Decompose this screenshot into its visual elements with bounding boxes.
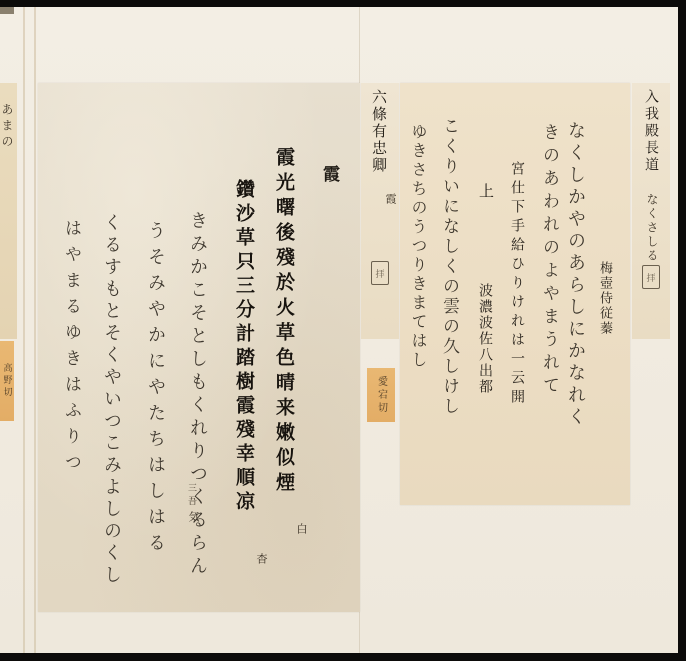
album-crease-line (23, 7, 25, 653)
left-fragment-sheet: あまの (0, 83, 17, 339)
calligraphy-column: 霞光曙後殘於火草色晴来嫩似煙 (274, 147, 293, 497)
calligraphy-column: きのあわれのよやまうれて (540, 123, 557, 399)
left-attribution-label: 高野切 (0, 341, 14, 421)
frame-edge (0, 7, 14, 14)
annotation: 気 (188, 511, 199, 526)
calligraphy-column: はやまるゆきはふりつ (62, 219, 79, 479)
calligraphy-column: くるすもとそくやいつこみよしのくし (102, 213, 120, 587)
attribution-name: 入我殿長道 (644, 89, 658, 174)
right-calligraphy-sheet: 梅壺侍従蓁 なくしかやのあらしにかなれく きのあわれのよやまうれて 宮仕下手給ひ… (400, 83, 630, 505)
attribution-label: 愛宕切 (367, 368, 395, 422)
calligraphy-column: 波濃波佐八出都 (478, 283, 492, 395)
annotation: 三吾 (186, 483, 195, 509)
album-crease-line (34, 7, 36, 653)
attribution-sub: なくさしる (646, 193, 658, 263)
annotation: 白 (296, 523, 307, 538)
seal-stamp: 拝 (371, 261, 389, 285)
calligraphy-column: 宮仕下手給ひりけれは一云開 (510, 161, 524, 408)
poem-author: 梅壺侍従蓁 (598, 261, 611, 336)
calligraphy-column: 鑽沙草只三分計踏樹霞殘幸順凉 (234, 179, 253, 515)
seal-stamp: 拝 (642, 265, 660, 289)
poem-title: 霞 (320, 165, 337, 182)
left-fragment-text: あまの (1, 103, 13, 151)
attribution-strip: 六條有忠卿 霞 拝 (361, 83, 399, 339)
calligraphy-column: なくしかやのあらしにかなれく (566, 121, 584, 429)
calligraphy-column: ゆきさちのうつりきまてはし (410, 123, 426, 370)
annotation: 杳 (256, 553, 267, 568)
attribution-strip: 入我殿長道 なくさしる 拝 (632, 83, 670, 339)
calligraphy-column: うそみやかにやたちはしはる (146, 221, 164, 559)
album-page: あまの 高野切 霞 霞光曙後殘於火草色晴来嫩似煙 鑽沙草只三分計踏樹霞殘幸順凉 … (0, 7, 678, 653)
main-calligraphy-sheet: 霞 霞光曙後殘於火草色晴来嫩似煙 鑽沙草只三分計踏樹霞殘幸順凉 きみかこそとしも… (38, 83, 360, 612)
attribution-name: 六條有忠卿 (371, 89, 386, 174)
calligraphy-column: こくりいになしくの雲の久しけし (440, 117, 457, 417)
attribution-note: 霞 (385, 193, 396, 208)
calligraphy-column: 上 (478, 183, 493, 201)
